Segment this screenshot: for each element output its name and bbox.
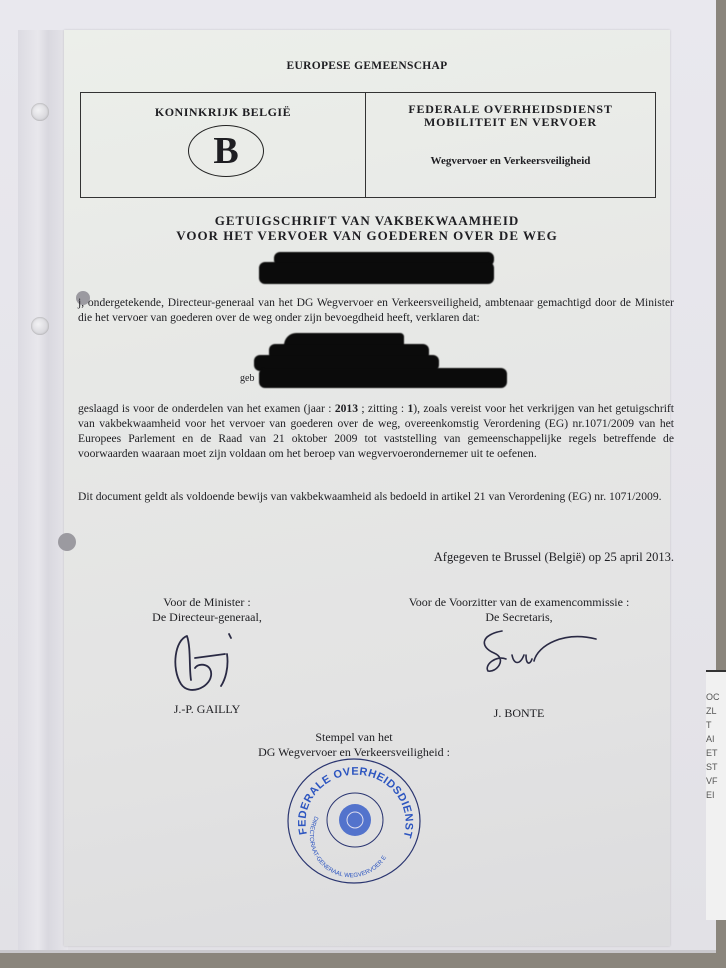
signature-block-left: Voor de Minister : De Directeur-generaal… [112, 595, 302, 625]
agency-line-2: MOBILITEIT EN VERVOER [366, 116, 655, 129]
issue-place-date: Afgegeven te Brussel (België) op 25 apri… [434, 550, 674, 565]
page-fragment-text: AI [706, 732, 726, 746]
agency-name: FEDERALE OVERHEIDSDIENST MOBILITEIT EN V… [366, 103, 655, 129]
sig-right-title: De Secretaris, [384, 610, 654, 625]
born-label: geb [240, 373, 254, 384]
official-stamp: FEDERALE OVERHEIDSDIENST MOBILITEIT EN V… [285, 756, 423, 886]
country-code-oval: B [188, 125, 264, 177]
sleeve-binding-strip [18, 30, 68, 950]
title-line-1: GETUIGSCHRIFT VAN VAKBEKWAAMHEID [64, 213, 670, 228]
community-heading: EUROPESE GEMEENSCHAP [64, 60, 670, 72]
sig-right-role: Voor de Voorzitter van de examencommissi… [384, 595, 654, 610]
sig-left-title: De Directeur-generaal, [112, 610, 302, 625]
punch-hole [31, 103, 49, 121]
validity-paragraph: Dit document geldt als voldoende bewijs … [78, 489, 674, 504]
exam-text: ; zitting : [358, 402, 407, 415]
exam-text: geslaagd is voor de onderdelen van het e… [78, 402, 335, 415]
page-fragment-text: T [706, 718, 726, 732]
exam-year: 2013 [335, 402, 358, 415]
country-name: KONINKRIJK BELGIË [81, 105, 365, 120]
underlying-page-edge: OCZLTAIETSTVFEI [706, 670, 726, 920]
country-cell: KONINKRIJK BELGIË B [81, 93, 366, 197]
page-fragment-text: VF [706, 774, 726, 788]
stamp-caption-line-1: Stempel van het [214, 730, 494, 745]
certificate-page: EUROPESE GEMEENSCHAP KONINKRIJK BELGIË B… [64, 30, 670, 946]
country-code: B [213, 132, 238, 170]
title-line-2: VOOR HET VERVOER VAN GOEDEREN OVER DE WE… [64, 228, 670, 243]
redaction-bar [259, 262, 494, 284]
exam-paragraph: geslaagd is voor de onderdelen van het e… [78, 401, 674, 461]
sig-right-name: J. BONTE [384, 706, 654, 721]
page-fragment-text: ET [706, 746, 726, 760]
signature-gailly [169, 628, 249, 698]
signature-block-right: Voor de Voorzitter van de examencommissi… [384, 595, 654, 625]
page-fragment-text: EI [706, 788, 726, 802]
page-fragment-text: ZL [706, 704, 726, 718]
page-fragment-text: OC [706, 690, 726, 704]
department-name: Wegvervoer en Verkeersveiligheid [366, 155, 655, 167]
intro-paragraph: j, ondergetekende, Directeur-generaal va… [78, 295, 674, 325]
sig-left-name: J.-P. GAILLY [112, 702, 302, 717]
header-box: KONINKRIJK BELGIË B FEDERALE OVERHEIDSDI… [80, 92, 656, 198]
redaction-bar [259, 368, 507, 388]
page-fragment-text: ST [706, 760, 726, 774]
document-title: GETUIGSCHRIFT VAN VAKBEKWAAMHEID VOOR HE… [64, 213, 670, 243]
sig-left-role: Voor de Minister : [112, 595, 302, 610]
signature-bonte [474, 625, 614, 685]
agency-cell: FEDERALE OVERHEIDSDIENST MOBILITEIT EN V… [366, 93, 655, 197]
punch-hole [31, 317, 49, 335]
punch-hole-shadow [58, 533, 76, 551]
